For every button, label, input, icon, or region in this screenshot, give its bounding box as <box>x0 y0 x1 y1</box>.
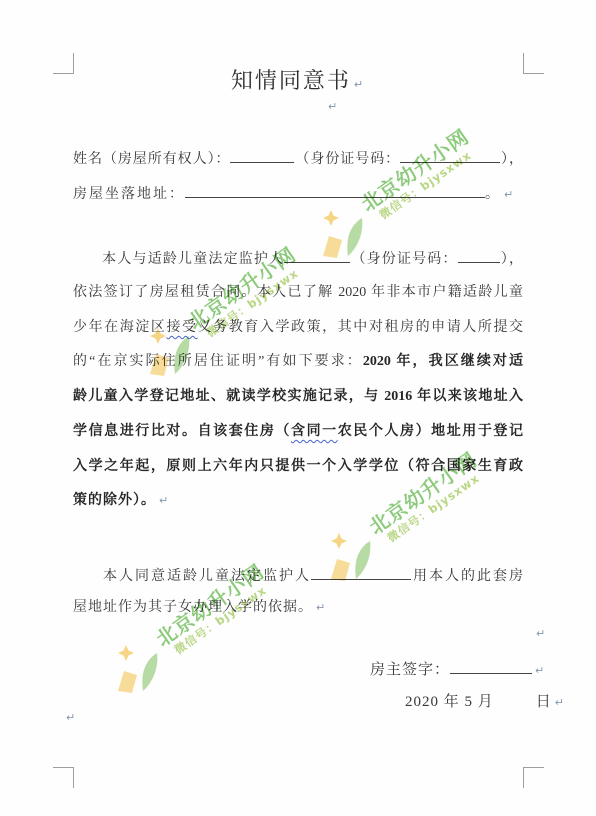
bold-policy-text: 2020 年，我区继续对适 <box>363 354 523 369</box>
watermark-tile: 北京幼升小网 微信号：bjysxwx <box>115 577 285 702</box>
sun-icon <box>331 533 347 549</box>
guardian-info-line: 本人与适龄儿童法定监护人（身份证号码：）， <box>73 247 523 271</box>
agreement-text: 用本人的此套房 <box>411 569 523 584</box>
body-text: 依法签订了房屋租赁合同。本人已了解 2020 年非本市户籍适龄儿童 <box>73 285 523 300</box>
body-text: 的“在京实际住所居住证明”有如下要求： <box>73 354 363 369</box>
body-text-line: 的“在京实际住所居住证明”有如下要求：2020 年，我区继续对适 <box>73 351 523 373</box>
signature-label: 房主签字： <box>370 662 450 678</box>
bold-policy-text: 入学之年起，原则上六年内只提供一个入学学位（符合国家生育政 <box>73 459 523 474</box>
owner-id-blank-field <box>400 147 500 163</box>
owner-name-blank-field <box>230 147 294 163</box>
body-text-line: 少年在海淀区接受义务教育入学政策，其中对租房的申请人所提交 <box>73 317 523 339</box>
address-blank-field <box>185 182 485 198</box>
date-year-month: 2020 年 5 月 <box>405 694 494 710</box>
bold-policy-text: 学信息进行比对。自该套住房（ <box>73 424 291 439</box>
leaf-shape <box>142 653 157 691</box>
bold-policy-text: 农民个人房）地址用于登记 <box>338 424 523 439</box>
paragraph-mark: ↵ <box>536 627 545 640</box>
body-text-line: 学信息进行比对。自该套住房（含同一农民个人房）地址用于登记 <box>73 421 523 443</box>
agreement-text: 屋地址作为其子女办理入学的依据。 <box>73 600 313 615</box>
paragraph-mark: ↵ <box>501 188 515 201</box>
guardian-name-blank-field <box>311 564 411 580</box>
agreement-text: 本人同意适龄儿童法定监护人 <box>101 569 311 584</box>
agreement-line: 本人同意适龄儿童法定监护人用本人的此套房 <box>73 564 523 588</box>
owner-signature-blank-field <box>450 658 532 674</box>
body-text-line: 龄儿童入学登记地址、就读学校实施记录，与 2016 年以来该地址入 <box>73 386 523 408</box>
paragraph-mark: ↵ <box>552 696 565 709</box>
date-day-label: 日 <box>536 694 552 710</box>
body-text: 少年在海淀区 <box>73 320 166 335</box>
date-line: 2020 年 5 月日↵ <box>405 690 565 711</box>
consent-form-page: 知情同意书↵ ↵ 姓名（房屋所有权人）：（身份证号码：）， 房屋坐落地址：。↵ … <box>0 0 596 816</box>
page-title-text: 知情同意书 <box>231 68 351 93</box>
owner-info-line: 姓名（房屋所有权人）：（身份证号码：）， <box>73 147 523 171</box>
crop-mark-top-left <box>53 53 74 74</box>
owner-id-label: （身份证号码： <box>294 152 400 167</box>
line-tail: ）， <box>500 152 523 167</box>
bold-policy-text: 龄儿童入学登记地址、就读学校实施记录，与 2016 年以来该地址入 <box>73 389 523 404</box>
address-line: 房屋坐落地址：。↵ <box>73 182 523 206</box>
signature-line: 房主签字：↵ <box>370 658 545 679</box>
body-text-line: 策的除外）。↵ <box>73 490 523 512</box>
line-tail: 。 <box>485 187 501 202</box>
sun-icon <box>118 645 134 661</box>
guardian-id-blank-field <box>458 247 500 263</box>
watermark-text: 北京幼升小网 微信号：bjysxwx <box>351 121 488 232</box>
body-text-line: 依法签订了房屋租赁合同。本人已了解 2020 年非本市户籍适龄儿童 <box>73 282 523 304</box>
body-text: 义务教育入学政策，其中对租房的申请人所提交 <box>198 320 523 335</box>
address-label: 房屋坐落地址： <box>73 187 185 202</box>
body-text-line: 入学之年起，原则上六年内只提供一个入学学位（符合国家生育政 <box>73 456 523 478</box>
guardian-id-label: （身份证号码： <box>350 252 457 267</box>
spellcheck-underlined-text: 接受 <box>166 320 197 335</box>
guardian-name-label: 本人与适龄儿童法定监护人 <box>101 252 284 267</box>
bold-policy-text: 策的除外）。 <box>73 493 156 508</box>
paragraph-mark: ↵ <box>351 78 365 91</box>
crop-mark-top-right <box>523 53 544 74</box>
spellcheck-underlined-text: 含同一 <box>291 424 338 439</box>
paragraph-mark: ↵ <box>532 664 545 677</box>
agreement-line: 屋地址作为其子女办理入学的依据。↵ <box>73 597 523 619</box>
sun-icon <box>323 210 339 226</box>
brand-logo <box>115 645 161 695</box>
crop-mark-bottom-right <box>523 767 544 788</box>
mountain-shape <box>118 671 137 693</box>
paragraph-mark: ↵ <box>156 494 169 507</box>
page-title: 知情同意书↵ <box>73 64 523 95</box>
paragraph-mark: ↵ <box>313 601 326 614</box>
paragraph-mark: ↵ <box>328 100 337 113</box>
guardian-name-blank-field <box>284 247 350 263</box>
owner-name-label: 姓名（房屋所有权人）： <box>73 152 230 167</box>
line-tail: ）， <box>500 252 523 267</box>
paragraph-mark: ↵ <box>66 711 75 724</box>
crop-mark-bottom-left <box>53 767 74 788</box>
